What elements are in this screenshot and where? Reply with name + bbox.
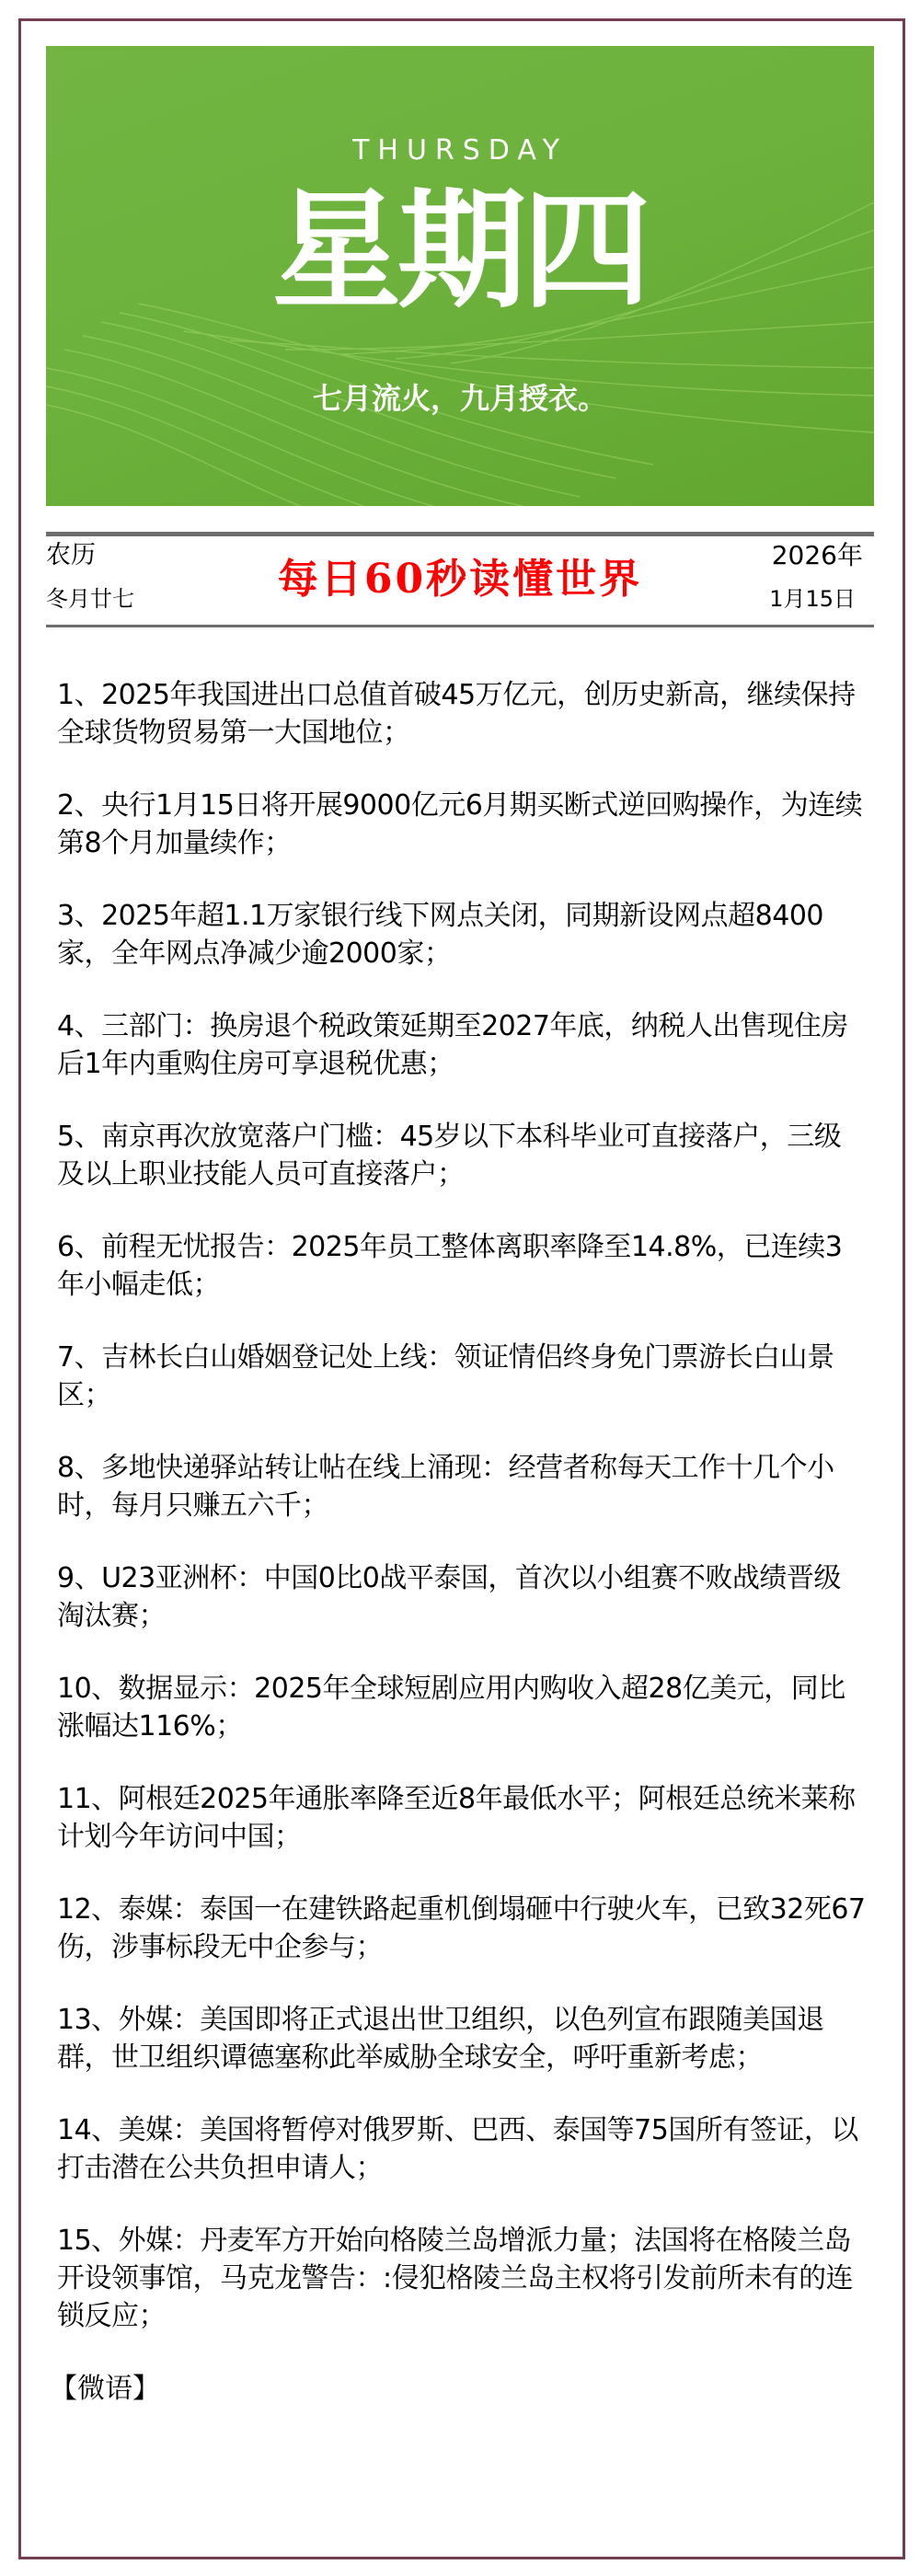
- news-item: 4、三部门：换房退个税政策延期至2027年底，纳税人出售现住房后1年内重购住房可…: [57, 1007, 867, 1083]
- masthead-title: 每日60秒读懂世界: [239, 550, 681, 609]
- news-item: 10、数据显示：2025年全球短剧应用内购收入超28亿美元，同比涨幅达116%；: [57, 1670, 867, 1745]
- news-item: 7、吉林长白山婚姻登记处上线：领证情侣终身免门票游长白山景区；: [57, 1339, 867, 1414]
- news-item: 9、U23亚洲杯：中国0比0战平泰国，首次以小组赛不败战绩晋级淘汰赛；: [57, 1559, 867, 1635]
- weekday-chinese: 星期四: [46, 182, 874, 320]
- lunar-calendar-label: 农历: [46, 541, 96, 570]
- news-item: 14、美媒：美国将暂停对俄罗斯、巴西、泰国等75国所有签证，以打击潜在公共负担申…: [57, 2111, 867, 2187]
- header-bottom-rule: [46, 625, 874, 627]
- news-item: 13、外媒：美国即将正式退出世卫组织，以色列宣布跟随美国退群，世卫组织谭德塞称此…: [57, 2001, 867, 2076]
- weekday-banner: THURSDAY 星期四 七月流火，九月授衣。: [46, 46, 874, 506]
- header-top-rule: [46, 532, 874, 536]
- micro-quote-label: 【微语】: [50, 2370, 867, 2408]
- lunar-date: 冬月廿七: [46, 585, 134, 613]
- news-item: 1、2025年我国进出口总值首破45万亿元，创历史新高，继续保持全球货物贸易第一…: [57, 676, 867, 752]
- news-item: 8、多地快递驿站转让帖在线上涌现：经营者称每天工作十几个小时，每月只赚五六千；: [57, 1449, 867, 1524]
- news-list: 1、2025年我国进出口总值首破45万亿元，创历史新高，继续保持全球货物贸易第一…: [57, 676, 867, 2408]
- news-item: 3、2025年超1.1万家银行线下网点关闭，同期新设网点超8400家，全年网点净…: [57, 897, 867, 972]
- news-item: 5、南京再次放宽落户门槛：45岁以下本科毕业可直接落户，三级及以上职业技能人员可…: [57, 1118, 867, 1193]
- gregorian-year: 2026年: [772, 541, 863, 570]
- weekday-english: THURSDAY: [46, 134, 874, 167]
- news-item: 6、前程无忧报告：2025年员工整体离职率降至14.8%，已连续3年小幅走低；: [57, 1228, 867, 1304]
- date-header: 农历 冬月廿七 每日60秒读懂世界 2026年 1月15日: [46, 532, 874, 627]
- news-item: 2、央行1月15日将开展9000亿元6月期买断式逆回购操作，为连续第8个月加量续…: [57, 787, 867, 862]
- news-item: 12、泰媒：泰国一在建铁路起重机倒塌砸中行驶火车，已致32死67伤，涉事标段无中…: [57, 1891, 867, 1966]
- gregorian-month-day: 1月15日: [769, 585, 856, 613]
- news-item: 11、阿根廷2025年通胀率降至近8年最低水平；阿根廷总统米莱称计划今年访问中国…: [57, 1780, 867, 1856]
- proverb: 七月流火，九月授衣。: [46, 375, 874, 418]
- news-item: 15、外媒：丹麦军方开始向格陵兰岛增派力量；法国将在格陵兰岛开设领事馆，马克龙警…: [57, 2222, 867, 2335]
